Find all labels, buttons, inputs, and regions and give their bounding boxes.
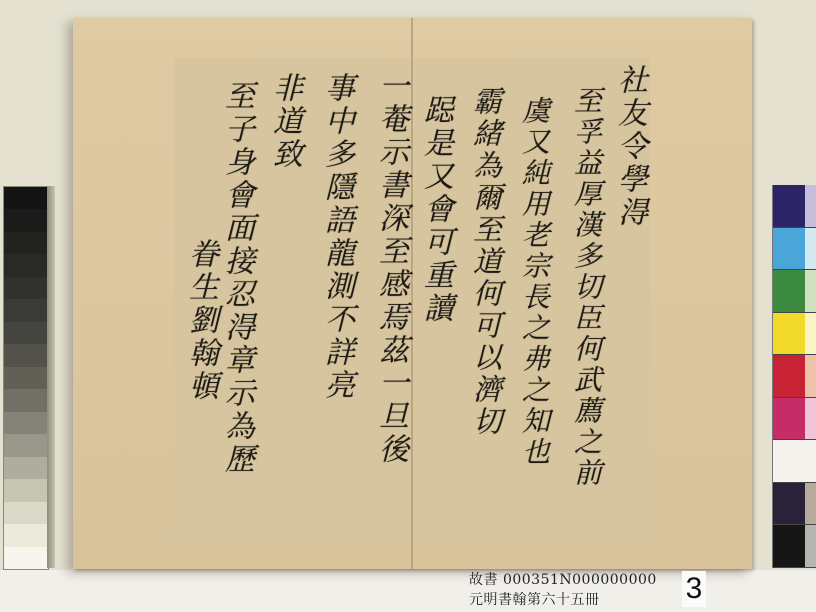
grayscale-swatch: [4, 389, 48, 411]
color-swatch: [773, 483, 805, 526]
grayscale-swatch: [4, 187, 48, 209]
grayscale-swatch: [4, 299, 48, 321]
calligraphy-column: 至子身會面接忍淂章示為歷: [221, 80, 251, 476]
grayscale-swatch: [4, 232, 48, 254]
calligraphy-column: 跽是又會可重讀: [420, 94, 450, 325]
color-swatch: [773, 440, 805, 483]
color-swatch: [773, 398, 805, 441]
grayscale-swatch: [4, 479, 48, 501]
grayscale-swatch: [4, 344, 48, 366]
grayscale-calibration-strip: [3, 186, 49, 570]
catalog-label: 故書 000351N000000000 元明書翰第六十五冊: [426, 570, 676, 612]
color-swatch-tint: [805, 525, 816, 568]
grayscale-swatch: [4, 209, 48, 231]
album-spine: [411, 18, 413, 569]
color-swatch: [773, 270, 805, 313]
color-swatch: [773, 355, 805, 398]
color-swatch-tint: [805, 440, 816, 483]
color-swatch: [773, 525, 805, 568]
grayscale-swatch: [4, 547, 48, 569]
calligraphy-column: 至孚益厚漢多切臣何武薦之前: [572, 86, 600, 489]
grayscale-swatch: [4, 412, 48, 434]
color-calibration-chart: [772, 185, 816, 568]
calligraphy-column: 社友令學淂: [614, 64, 644, 229]
color-swatch: [773, 185, 805, 228]
collection-title: 元明書翰第六十五冊: [469, 589, 600, 609]
page-number-badge: 3: [682, 571, 706, 607]
calligraphy-column: 一菴示書深至感焉茲一旦後: [375, 70, 405, 466]
mounted-letter-left: 一菴示書深至感焉茲一旦後 事中多隱語龍測不詳亮 非道致 至子身會面接忍淂章示為歷…: [174, 58, 411, 545]
album-spread: 一菴示書深至感焉茲一旦後 事中多隱語龍測不詳亮 非道致 至子身會面接忍淂章示為歷…: [73, 18, 752, 569]
color-swatch-tint: [805, 185, 816, 228]
color-swatch-tint: [805, 398, 816, 441]
color-swatch-tint: [805, 313, 816, 356]
calligraphy-signature: 眷生劉翰頓: [185, 238, 215, 403]
calligraphy-column: 非道致: [269, 72, 299, 171]
grayscale-swatch: [4, 322, 48, 344]
grayscale-strip-frame: [47, 186, 55, 568]
grayscale-swatch: [4, 277, 48, 299]
grayscale-swatch: [4, 434, 48, 456]
color-swatch-tint: [805, 355, 816, 398]
calligraphy-column: 虞又純用老宗長之弗之知也: [520, 96, 548, 468]
mounted-letter-right: 社友令學淂 至孚益厚漢多切臣何武薦之前 虞又純用老宗長之弗之知也 霸緒為爾至道何…: [414, 58, 650, 545]
calligraphy-column: 事中多隱語龍測不詳亮: [321, 72, 351, 402]
color-swatch-tint: [805, 270, 816, 313]
color-swatch-tint: [805, 228, 816, 271]
color-swatch: [773, 228, 805, 271]
grayscale-swatch: [4, 524, 48, 546]
grayscale-swatch: [4, 254, 48, 276]
color-swatch: [773, 313, 805, 356]
color-swatch-tint: [805, 483, 816, 526]
catalog-id: 故書 000351N000000000: [469, 569, 657, 589]
calligraphy-column: 霸緒為爾至道何可以濟切: [471, 86, 500, 438]
grayscale-swatch: [4, 502, 48, 524]
grayscale-swatch: [4, 367, 48, 389]
grayscale-swatch: [4, 457, 48, 479]
